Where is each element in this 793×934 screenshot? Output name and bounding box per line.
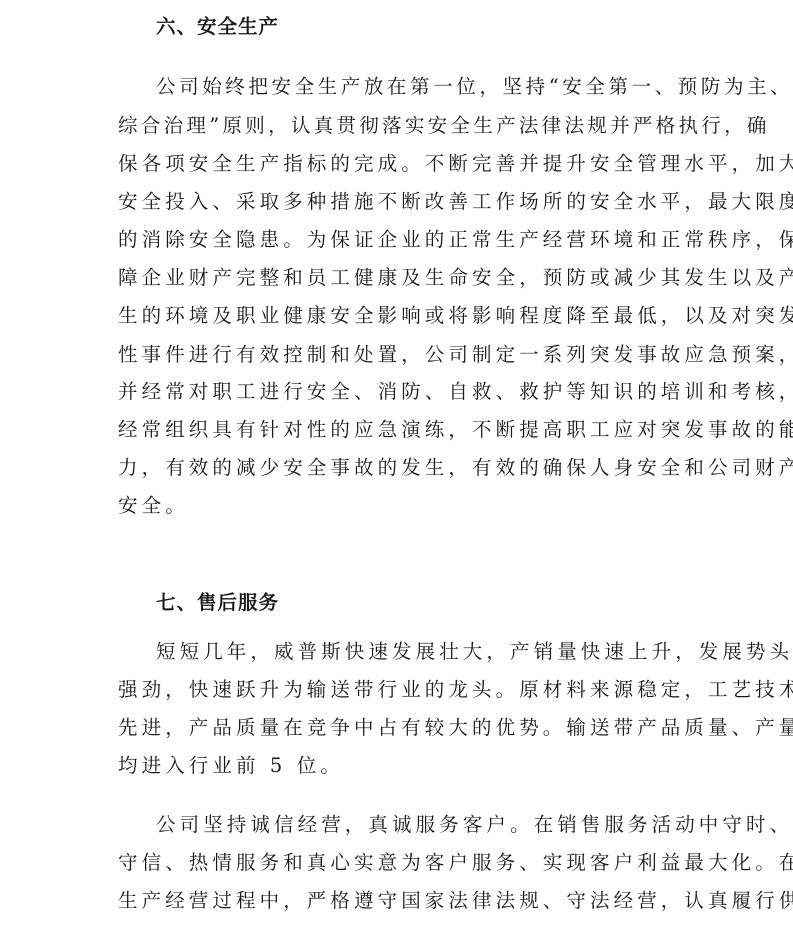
paragraph-line: 公司坚持诚信经营，真诚服务客户。在销售服务活动中守时、 (156, 813, 676, 837)
paragraph-line: 安全。 (118, 494, 678, 518)
paragraph-line: 保各项安全生产指标的完成。不断完善并提升安全管理水平，加大 (118, 152, 678, 176)
document-page: 六、安全生产 公司始终把安全生产放在第一位，坚持“安全第一、预防为主、 综合治理… (0, 0, 793, 934)
paragraph-line: 短短几年，威普斯快速发展壮大，产销量快速上升，发展势头 (156, 640, 676, 664)
paragraph-line: 力，有效的减少安全事故的发生，有效的确保人身安全和公司财产 (118, 456, 678, 480)
paragraph-line: 综合治理”原则，认真贯彻落实安全生产法律法规并严格执行，确 (118, 114, 678, 138)
paragraph-line: 并经常对职工进行安全、消防、自救、救护等知识的培训和考核， (118, 380, 678, 404)
paragraph-line: 守信、热情服务和真心实意为客户服务、实现客户利益最大化。在 (118, 851, 678, 875)
paragraph-line: 均进入行业前 5 位。 (118, 754, 678, 778)
paragraph-line: 强劲，快速跃升为输送带行业的龙头。原材料来源稳定，工艺技术 (118, 678, 678, 702)
paragraph-line: 安全投入、采取多种措施不断改善工作场所的安全水平，最大限度 (118, 190, 678, 214)
paragraph-line: 的消除安全隐患。为保证企业的正常生产经营环境和正常秩序，保 (118, 228, 678, 252)
paragraph-line: 先进，产品质量在竞争中占有较大的优势。输送带产品质量、产量 (118, 716, 678, 740)
paragraph-line: 性事件进行有效控制和处置，公司制定一系列突发事故应急预案， (118, 343, 678, 367)
paragraph-line: 公司始终把安全生产放在第一位，坚持“安全第一、预防为主、 (156, 75, 676, 99)
paragraph-line: 生产经营过程中，严格遵守国家法律法规、守法经营，认真履行供 (118, 889, 678, 913)
paragraph-line: 生的环境及职业健康安全影响或将影响程度降至最低，以及对突发 (118, 304, 678, 328)
section-heading-safety: 六、安全生产 (156, 15, 716, 39)
section-heading-after-sales: 七、售后服务 (156, 591, 716, 615)
paragraph-line: 经常组织具有针对性的应急演练，不断提高职工应对突发事故的能 (118, 418, 678, 442)
paragraph-line: 障企业财产完整和员工健康及生命安全，预防或减少其发生以及产 (118, 266, 678, 290)
